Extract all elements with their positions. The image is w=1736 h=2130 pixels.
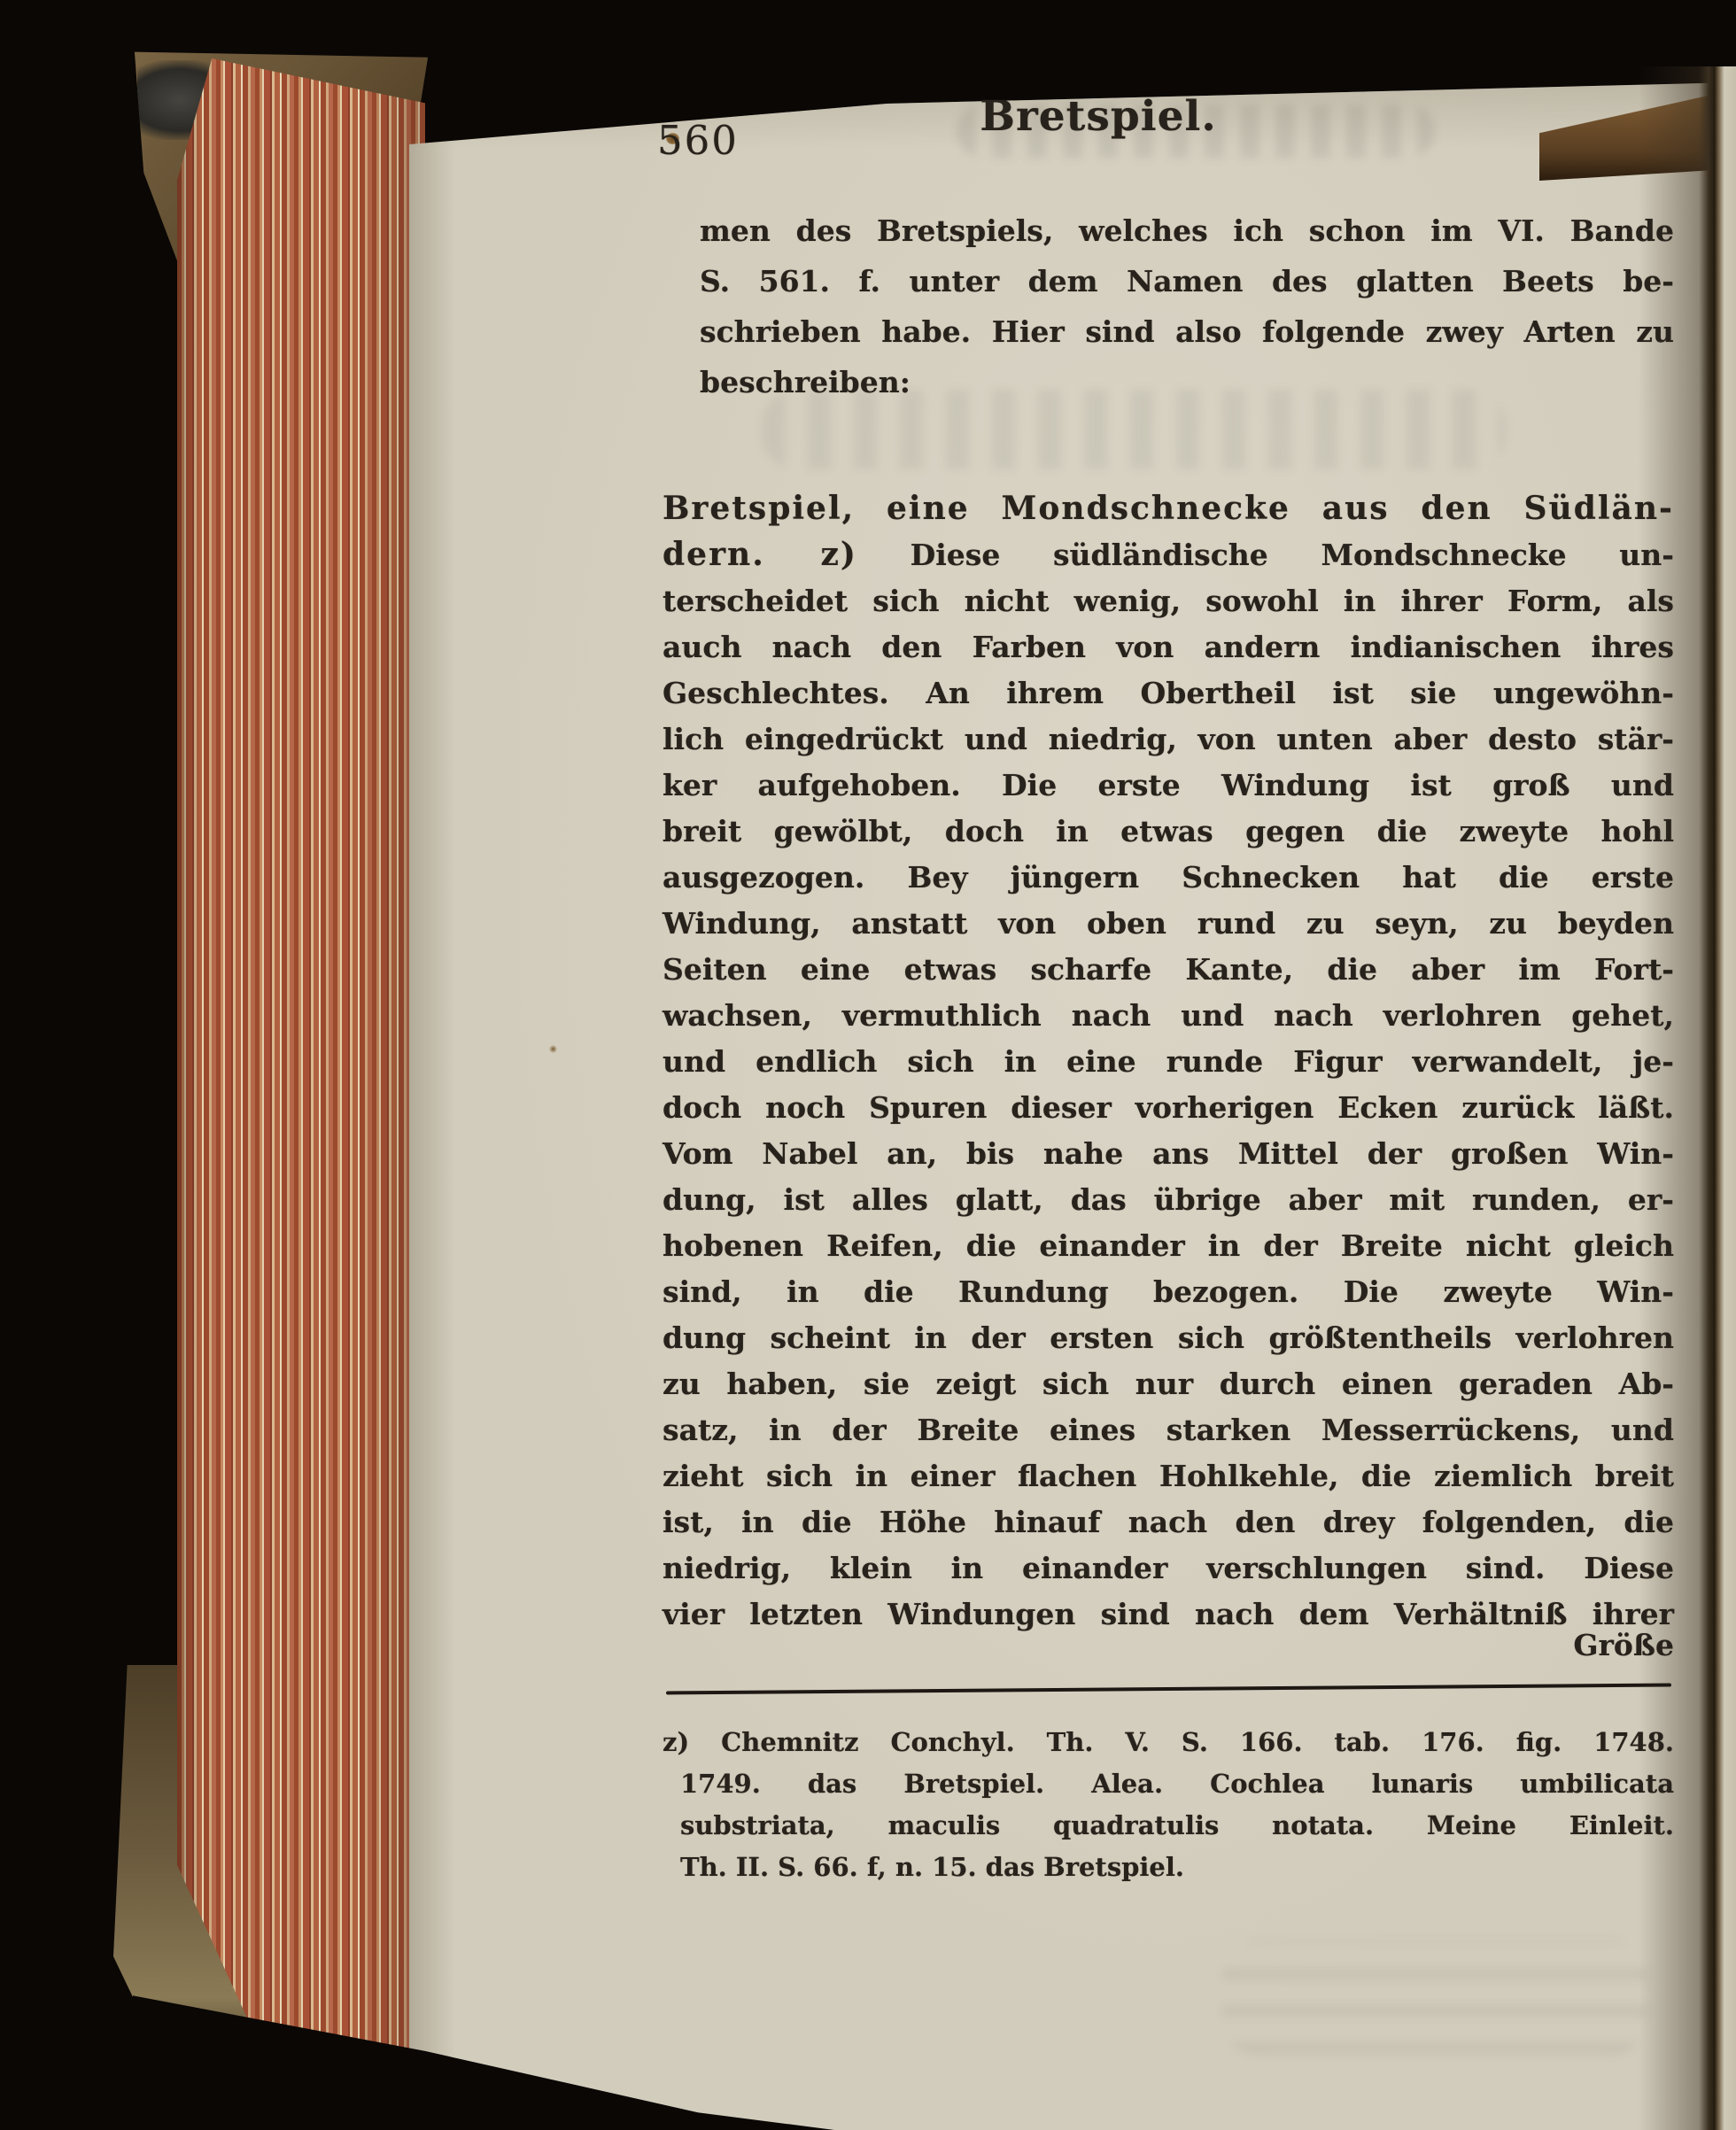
text-line: zieht sich in einer flachen Hohlkehle, d… [663, 1453, 1674, 1499]
footnote-line: 1749. das Bretspiel. Alea. Cochlea lunar… [663, 1763, 1674, 1805]
entry-headword-line: Bretspiel, eine Mondschnecke aus den Süd… [663, 485, 1674, 531]
text-line: dung scheint in der ersten sich größtent… [663, 1315, 1674, 1361]
text-line: ker aufgehoben. Die erste Windung ist gr… [663, 763, 1674, 809]
paper-speck [549, 1045, 557, 1053]
text-line: und endlich sich in eine runde Figur ver… [663, 1039, 1674, 1085]
book-photo-scene: 560 Bretspiel. men des Bretspiels, welch… [0, 0, 1736, 2130]
text-line: men des Bretspiels, welches ich schon im… [700, 205, 1674, 256]
catchword: Größe [663, 1628, 1674, 1662]
text-line: breit gewölbt, doch in etwas gegen die z… [663, 809, 1674, 855]
footnote: z) Chemnitz Conchyl. Th. V. S. 166. tab.… [663, 1722, 1674, 1888]
page-number: 560 [657, 117, 739, 164]
text-line: Geschlechtes. An ihrem Obertheil ist sie… [663, 670, 1674, 716]
text-line: lich eingedrückt und niedrig, von unten … [663, 716, 1674, 763]
text-line: auch nach den Farben von andern indianis… [663, 624, 1674, 670]
text-line: satz, in der Breite eines starken Messer… [663, 1407, 1674, 1453]
footnote-line: z) Chemnitz Conchyl. Th. V. S. 166. tab.… [663, 1722, 1674, 1763]
text-line: sind, in die Rundung bezogen. Die zweyte… [663, 1269, 1674, 1315]
entry-headword-continuation: dern. z) [663, 536, 857, 573]
text-line: Windung, anstatt von oben rund zu seyn, … [663, 901, 1674, 947]
text-line: doch noch Spuren dieser vorherigen Ecken… [663, 1085, 1674, 1131]
footnote-line: Th. II. S. 66. f, n. 15. das Bretspiel. [663, 1847, 1674, 1888]
text-line: niedrig, klein in einander verschlungen … [663, 1545, 1674, 1592]
intro-paragraph: men des Bretspiels, welches ich schon im… [663, 205, 1674, 407]
text-line: S. 561. f. unter dem Namen des glatten B… [700, 256, 1674, 306]
text-line: dung, ist alles glatt, das übrige aber m… [663, 1177, 1674, 1223]
text-line: dern. z) Diese südländische Mondschnecke… [663, 531, 1674, 578]
text-line: ausgezogen. Bey jüngern Schnecken hat di… [663, 855, 1674, 901]
entry-body-start: Diese südländische Mondschnecke un- [911, 538, 1674, 572]
text-line: Vom Nabel an, bis nahe ans Mittel der gr… [663, 1131, 1674, 1177]
text-line: wachsen, vermuthlich nach und nach verlo… [663, 993, 1674, 1039]
text-line: Seiten eine etwas scharfe Kante, die abe… [663, 947, 1674, 993]
text-line: ist, in die Höhe hinauf nach den drey fo… [663, 1499, 1674, 1545]
entry-paragraph: Bretspiel, eine Mondschnecke aus den Süd… [663, 485, 1674, 1638]
text-line: schrieben habe. Hier sind also folgende … [700, 306, 1674, 357]
text-line: zu haben, sie zeigt sich nur durch einen… [663, 1361, 1674, 1407]
book-fore-edge-pages [177, 58, 425, 2088]
footnote-line: substriata, maculis quadratulis notata. … [663, 1805, 1674, 1847]
running-header: Bretspiel. [850, 92, 1346, 141]
text-line: hobenen Reifen, die einander in der Brei… [663, 1223, 1674, 1269]
text-line: terscheidet sich nicht wenig, sowohl in … [663, 578, 1674, 624]
text-line: beschreiben: [700, 357, 1674, 407]
